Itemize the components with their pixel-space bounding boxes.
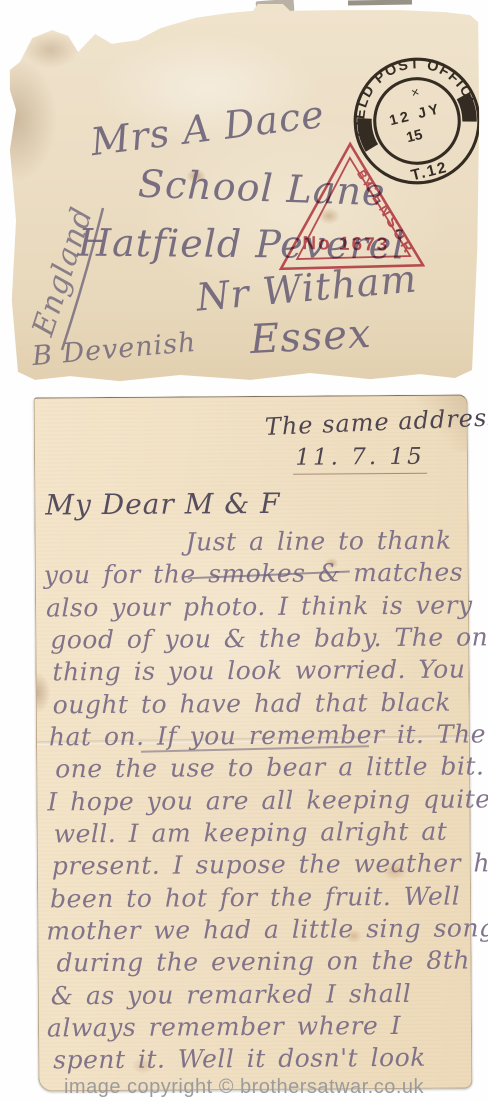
letter-line: hat on. If you remember it. The [49,719,486,751]
letter-date: 11. 7. 15 [293,444,427,475]
address-line-county: Essex [249,311,373,363]
letter-line: good of you & the baby. The only [50,622,488,654]
letter-line: I hope you are all keeping quite [47,784,488,816]
scanned-page: Mrs A Dace School Lane Hatfield Peverel … [0,0,488,1102]
letter-line: thing is you look worried. You [52,655,465,687]
scan-artifact [348,0,412,6]
letter-line: during the evening on the 8th [56,945,470,977]
letter-line: always remember where I [47,1011,401,1042]
letter-line: spent it. Well it dosn't look [53,1043,426,1075]
letter-line: & as you remarked I shall [51,979,412,1011]
letter-line: mother we had a little sing song [46,913,488,945]
letter-line: you for the smokes & matches [44,558,463,590]
postmark-date: 12 JY [388,101,443,129]
letter-page: The same address 11. 7. 15 My Dear M & F… [34,394,473,1091]
postmark-center-mark: × [410,84,421,100]
censor-number: No 1673 [302,233,389,256]
routing-note: England [23,195,103,348]
letter-line: present. I supose the weather has [52,848,488,880]
letter-line: been to hot for the fruit. Well [50,882,460,914]
censor-stamp: BY CENSOR No 1673 [275,139,429,280]
letter-line: one the use to bear a little bit. [55,751,484,783]
letter-salutation: My Dear M & F [45,487,280,522]
copyright-watermark: image copyright © brothersatwar.co.uk [0,1076,488,1099]
letter-line: Just a line to thank [185,526,451,557]
letter-line: well. I am keeping alright at [54,817,448,849]
envelope: Mrs A Dace School Lane Hatfield Peverel … [8,4,482,388]
letter-line: ought to have had that black [53,688,451,720]
letter-line: also your photo. I think is very [46,590,473,622]
